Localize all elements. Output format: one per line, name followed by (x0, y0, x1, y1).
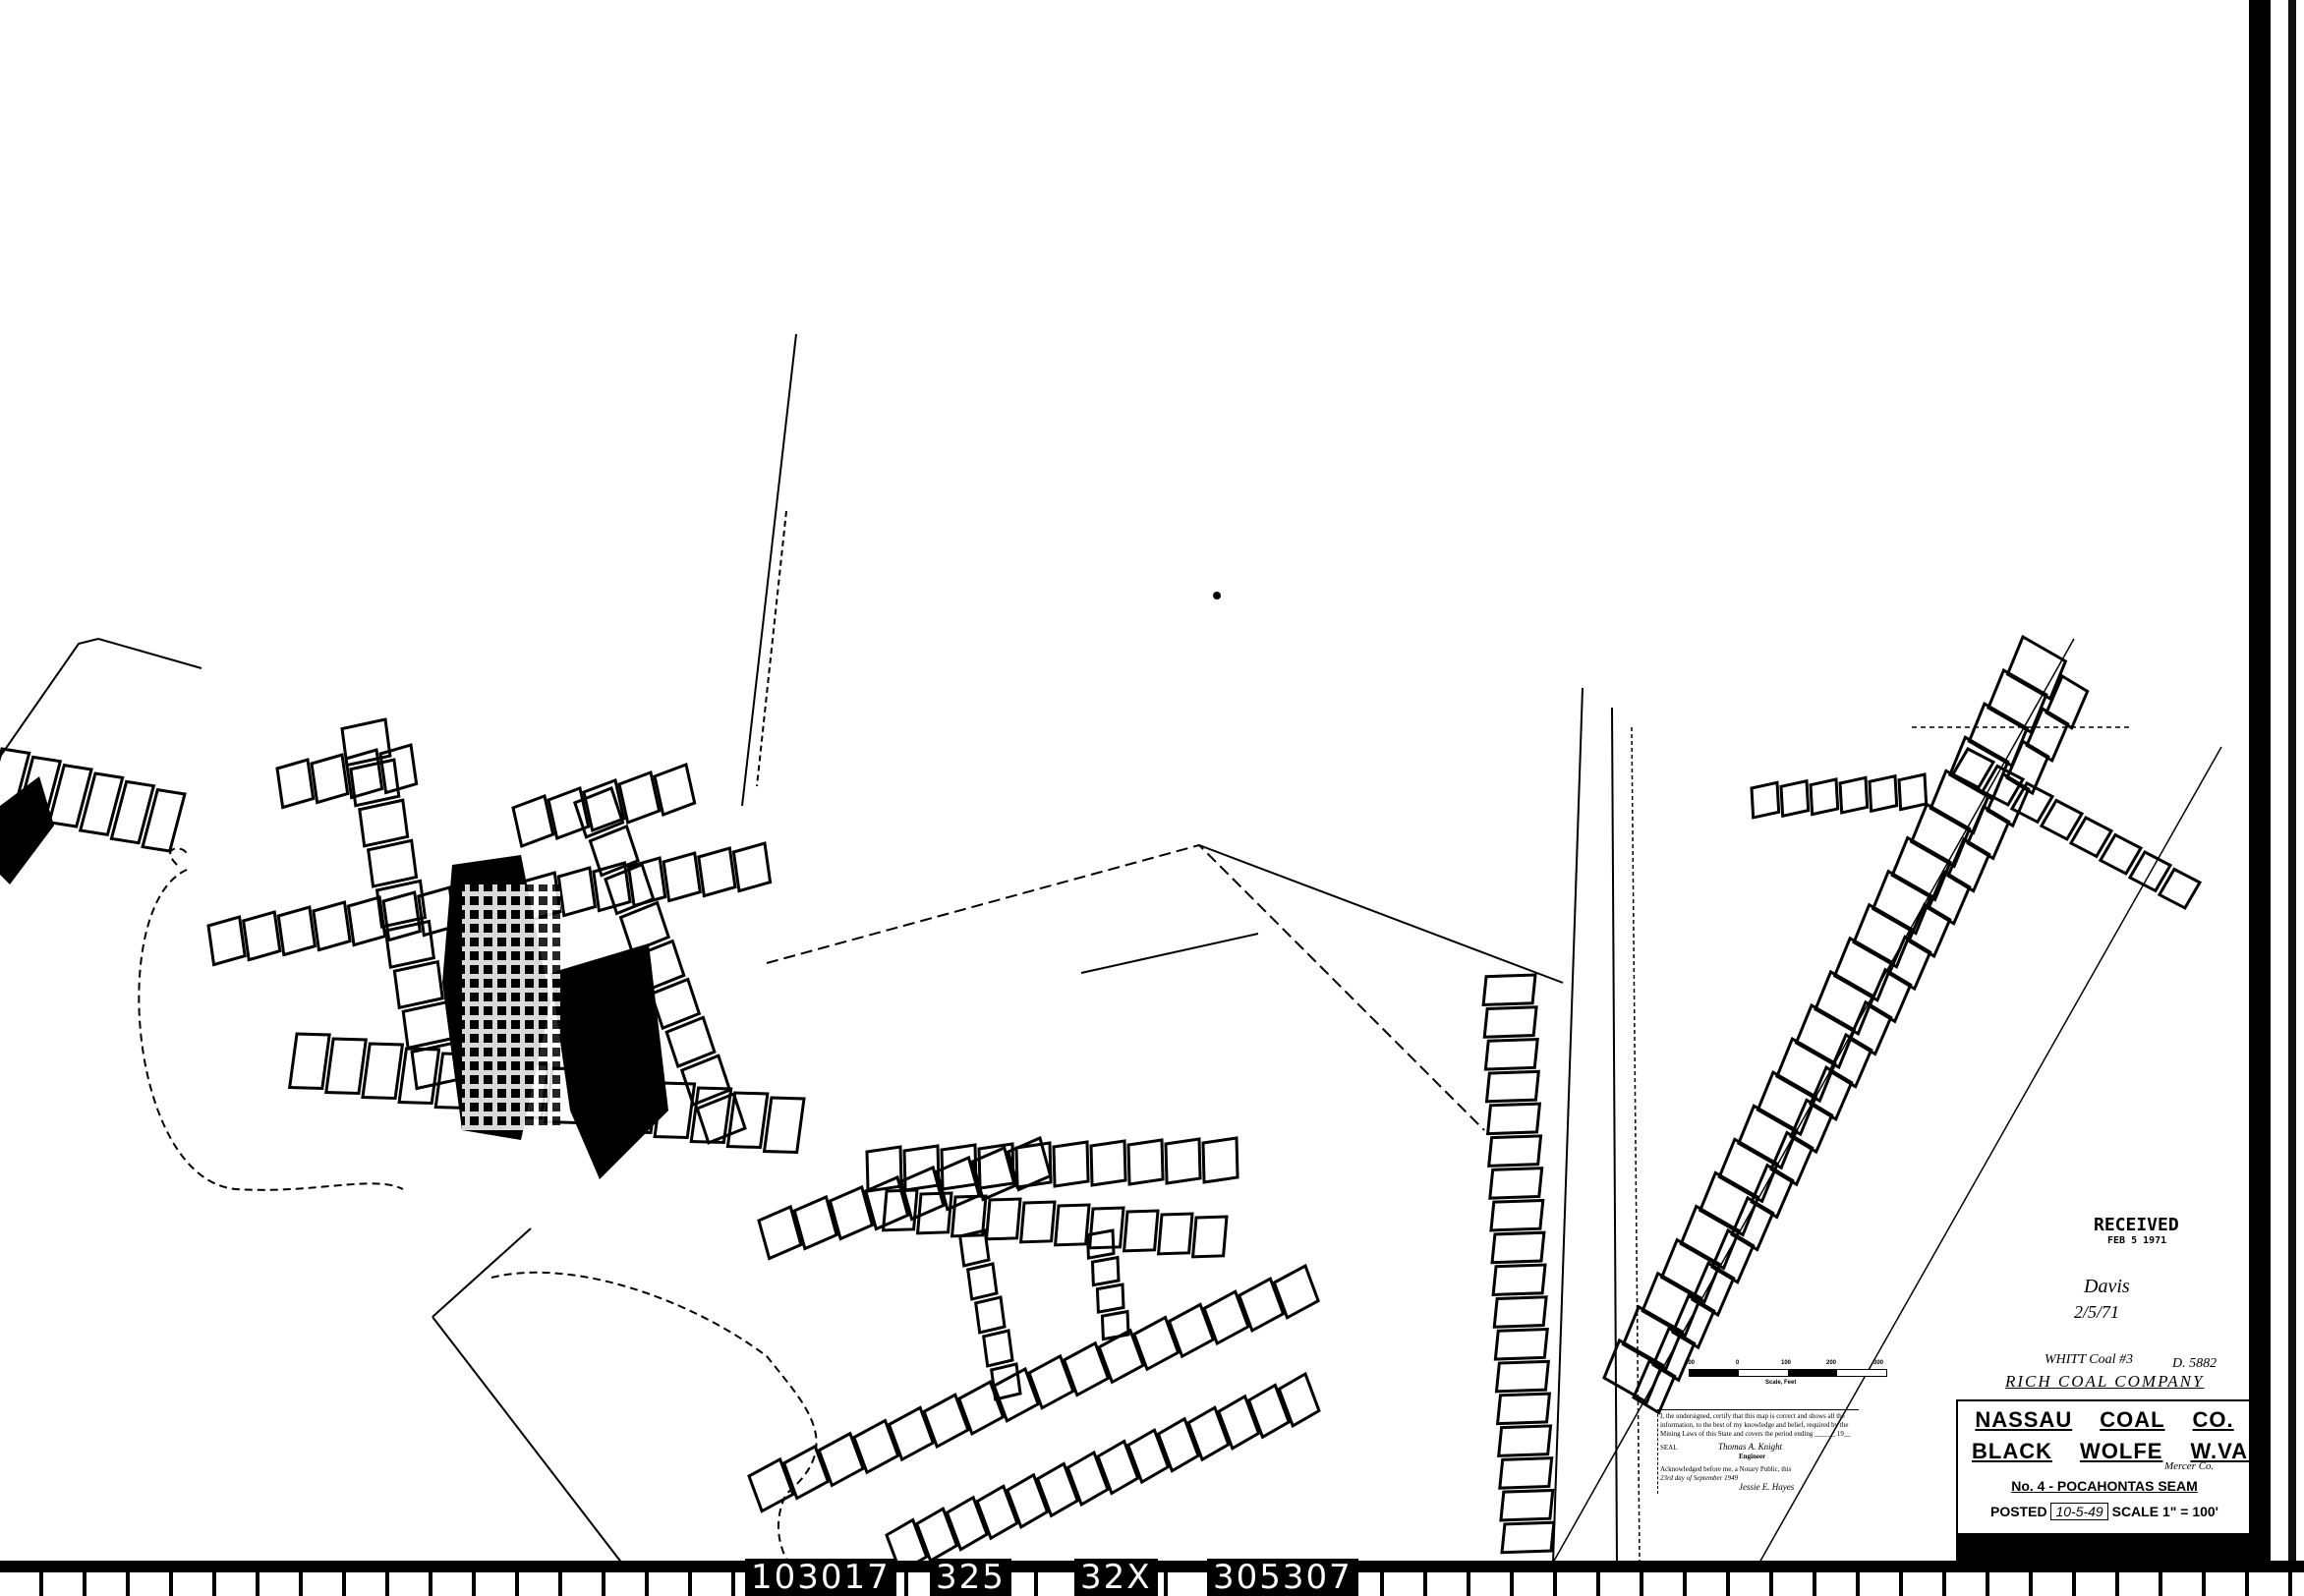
scale-bar (1689, 1369, 1887, 1377)
location-note: Mercer Co. (2164, 1460, 2214, 1472)
handwritten-company: RICH COAL COMPANY (2005, 1372, 2204, 1392)
scale-label-4: 300 (1873, 1360, 1883, 1366)
company-name: NASSAUCOALCO. (1958, 1407, 2251, 1433)
title-block: NASSAUCOALCO. BLACKWOLFEW.VA. Mercer Co.… (1956, 1399, 2251, 1533)
mine-map-linework (0, 0, 2304, 1596)
film-number-2: 325 (930, 1559, 1011, 1596)
map-scale: SCALE 1" = 100' (2112, 1504, 2218, 1519)
scale-label-0: 100 (1685, 1360, 1695, 1366)
engineer-signature: Thomas A. Knight (1718, 1442, 1782, 1452)
scan-black-block (1956, 1533, 2249, 1568)
seal-label: SEAL (1660, 1444, 1677, 1452)
notary-line: Acknowledged before me, a Notary Public,… (1660, 1465, 1857, 1474)
engineer-certificate: I, the undersigned, certify that this ma… (1657, 1409, 1859, 1494)
scan-border-right-inner (2288, 0, 2296, 1596)
notary-signature: Jessie E. Hayes (1739, 1483, 1857, 1492)
annotation-number: D. 5882 (2172, 1356, 2217, 1372)
scale-label-2: 100 (1781, 1360, 1791, 1366)
engineer-label: Engineer (1739, 1453, 1857, 1461)
handwritten-mine-name: WHITT Coal #3 (2045, 1352, 2133, 1368)
posted-date: 10-5-49 (2050, 1503, 2107, 1520)
scale-caption: Scale, Feet (1765, 1380, 1796, 1386)
mine-seam: No. 4 - POCAHONTAS SEAM (1958, 1478, 2251, 1494)
posted-scale-line: POSTED 10-5-49 SCALE 1" = 100' (1958, 1504, 2251, 1519)
received-stamp: RECEIVED FEB 5 1971 (2094, 1215, 2179, 1246)
stamp-date: FEB 5 1971 (2107, 1235, 2179, 1246)
scan-border-right (2249, 0, 2271, 1596)
film-number-3: 32X (1074, 1559, 1158, 1596)
stamp-signature: Davis (2084, 1276, 2130, 1298)
scale-label-3: 200 (1826, 1360, 1836, 1366)
scale-label-1: 0 (1736, 1360, 1739, 1366)
stamp-signature-date: 2/5/71 (2074, 1302, 2119, 1323)
film-number-4: 305307 (1207, 1559, 1358, 1596)
certificate-text: I, the undersigned, certify that this ma… (1660, 1412, 1857, 1439)
film-number-1: 103017 (745, 1559, 896, 1596)
stamp-text: RECEIVED (2094, 1215, 2179, 1235)
